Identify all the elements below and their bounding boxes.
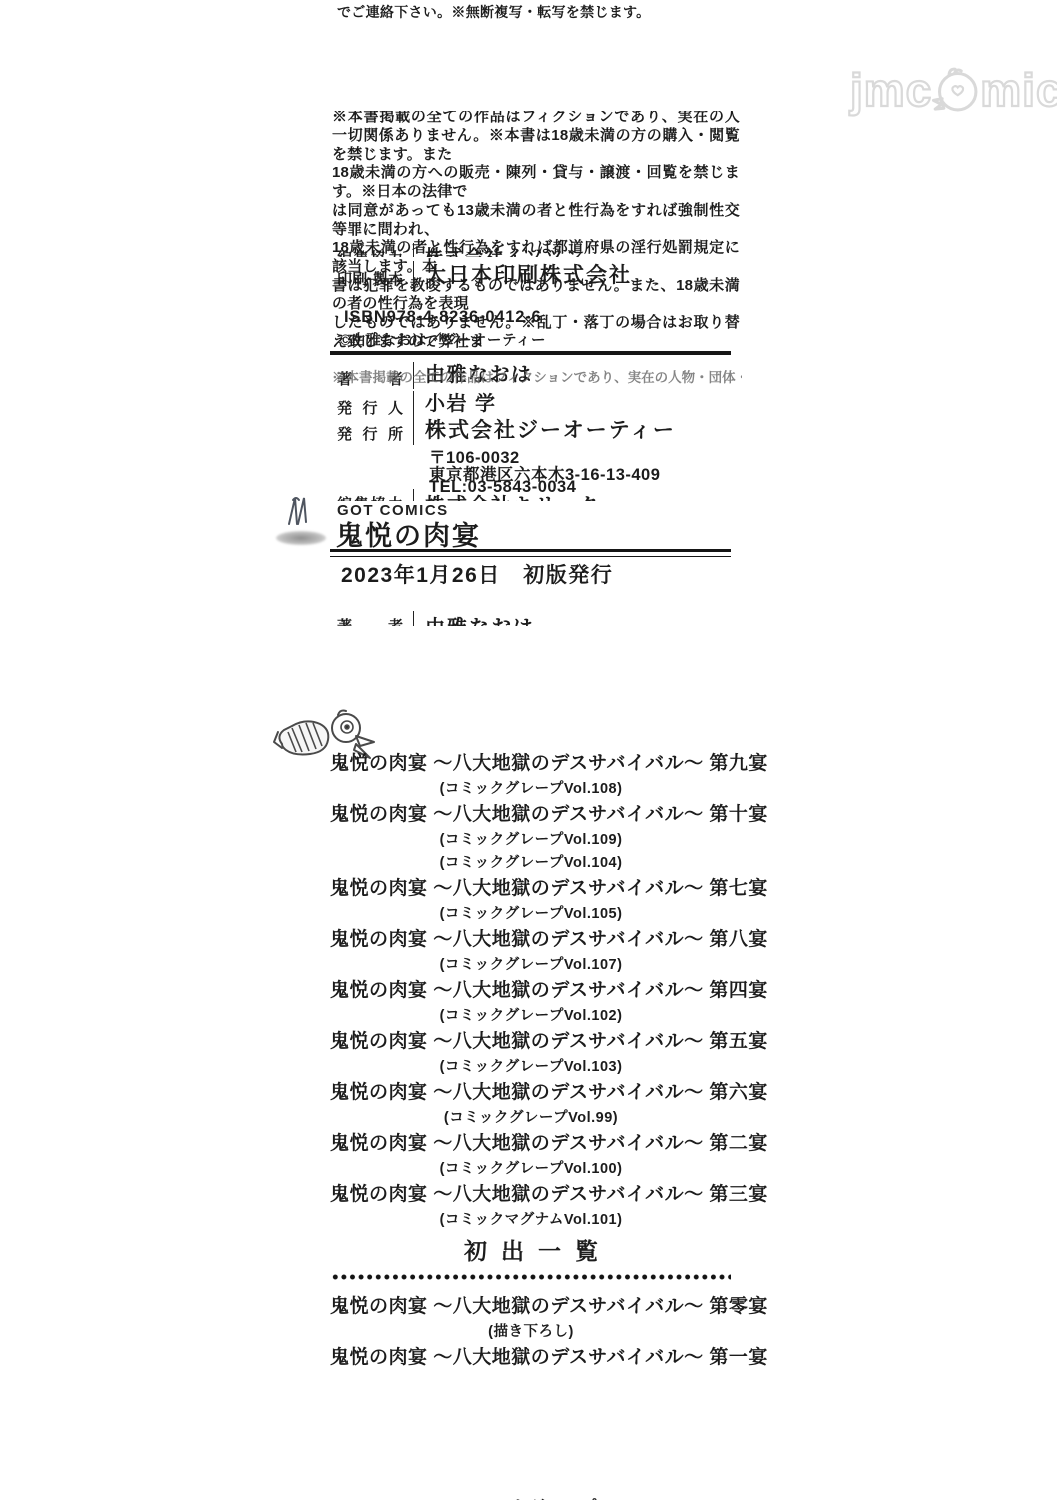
publication-entry-source: (コミックグレープVol.100)	[330, 1158, 732, 1181]
disclaimer-line: は同意があっても13歳未満の者と性行為をすれば強制性交等罪に問われ、	[332, 202, 740, 239]
publication-entry: 鬼悦の肉宴 ～八大地獄のデスサバイバル～ 第二宴 (コミックグレープVol.10…	[330, 1130, 732, 1181]
author-row-clipped: 著 者 由雅なおは	[337, 611, 535, 626]
publication-entry: 鬼悦の肉宴 ～八大地獄のデスサバイバル～ 第三宴 (コミックマグナムVol.10…	[330, 1181, 732, 1232]
edition-date: 2023年1月26日 初版発行	[341, 559, 613, 589]
publication-entry-title: 鬼悦の肉宴 ～八大地獄のデスサバイバル～ 第七宴	[330, 875, 732, 903]
credit-value: 小岩 学	[413, 391, 497, 418]
watermark-text-right: mic	[980, 64, 1057, 116]
printing-credit-row: 印刷·製本 大日本印刷株式会社	[337, 261, 632, 291]
publication-entry-title: 鬼悦の肉宴 ～八大地獄のデスサバイバル～ 第十宴	[330, 801, 732, 829]
scribble-doodle	[284, 494, 314, 528]
disclaimer-line: 18歳未満の方への販売・陳列・貸与・譲渡・回覧を禁じます。※日本の法律で	[332, 164, 740, 201]
credit-label: 印刷·製本	[337, 261, 403, 291]
dotted-divider	[331, 1273, 731, 1281]
publication-entry: 鬼悦の肉宴 ～八大地獄のデスサバイバル～ 第八宴 (コミックグレープVol.10…	[330, 926, 732, 977]
editing-credit-row-clipped: 編集協力 株式会社イソツン	[337, 243, 585, 257]
first-publication-heading: 初出一覧	[330, 1236, 732, 1266]
credit-label: 発 行 所	[337, 417, 403, 445]
publication-entry-source: (コミックグレープVol.105)	[330, 903, 732, 926]
book-title: 鬼悦の肉宴	[336, 514, 481, 553]
scan-ghost-text: ※本書掲載の全ての作品はフィクションであり、実在の人物・団体・事件などとは	[332, 366, 742, 386]
publication-entry-title: 鬼悦の肉宴 ～八大地獄のデスサバイバル～ 第九宴	[330, 750, 732, 778]
cut-off-text-fragment: (コミックグレープVol.	[452, 1493, 752, 1500]
publication-entry-source: (コミックグレープVol.103)	[330, 1056, 732, 1079]
credit-value: 株式会社キリック	[413, 489, 600, 501]
disclaimer-line: 一切関係ありません。※本書は18歳未満の方の購入・閲覧を禁じます。また	[332, 127, 740, 164]
publication-entry: (コミックグレープVol.104)	[330, 852, 732, 875]
credit-label: 編集協力	[337, 489, 403, 501]
isbn-number: ISBN978-4-8236-0412-6	[344, 308, 542, 327]
scanned-colophon-page: でご連絡下さい。※無断複写・転写を禁じます。 jmc mic ※本書掲載の全ての…	[0, 0, 1057, 1500]
publication-entry-title: 鬼悦の肉宴 ～八大地獄のデスサバイバル～ 第三宴	[330, 1181, 732, 1209]
publication-entry-title: 鬼悦の肉宴 ～八大地獄のデスサバイバル～ 第一宴	[330, 1344, 732, 1372]
publication-entry-title: 鬼悦の肉宴 ～八大地獄のデスサバイバル～ 第零宴	[330, 1293, 732, 1321]
credit-value: 株式会社イソツン	[413, 243, 585, 257]
publication-entry-title: 鬼悦の肉宴 ～八大地獄のデスサバイバル～ 第四宴	[330, 977, 732, 1005]
copyright-line: ©由雅なおは／ジーオーティー	[340, 329, 546, 350]
jmcomic-watermark: jmc mic	[850, 64, 1057, 116]
credit-label: 編集協力	[337, 243, 403, 257]
publication-entry: 鬼悦の肉宴 ～八大地獄のデスサバイバル～ 第七宴 (コミックグレープVol.10…	[330, 875, 732, 926]
publication-entry-title: 鬼悦の肉宴 ～八大地獄のデスサバイバル～ 第二宴	[330, 1130, 732, 1158]
publication-entry-source: (コミックマグナムVol.101)	[330, 1209, 732, 1232]
watermark-text-left: jmc	[850, 64, 932, 116]
first-publication-list: 鬼悦の肉宴 ～八大地獄のデスサバイバル～ 第九宴 (コミックグレープVol.10…	[330, 750, 732, 1372]
credit-label: 発 行 人	[337, 391, 403, 418]
credit-label: 著 者	[337, 611, 403, 626]
publication-entry-source: (コミックグレープVol.107)	[330, 954, 732, 977]
publication-entry: 鬼悦の肉宴 ～八大地獄のデスサバイバル～ 第九宴 (コミックグレープVol.10…	[330, 750, 732, 801]
publication-entry: 鬼悦の肉宴 ～八大地獄のデスサバイバル～ 第十宴 (コミックグレープVol.10…	[330, 801, 732, 852]
publication-entry: 鬼悦の肉宴 ～八大地獄のデスサバイバル～ 第四宴 (コミックグレープVol.10…	[330, 977, 732, 1028]
editing-credit-row-clipped-2: 編集協力 株式会社キリック	[337, 489, 600, 501]
publisher-row: 発 行 所 株式会社ジーオーティー	[337, 417, 676, 445]
disclaimer-line-clipped: ※本書掲載の全ての作品はフィクションであり、実在の人物・団体・事件などとは	[332, 111, 740, 127]
publication-entry: 鬼悦の肉宴 ～八大地獄のデスサバイバル～ 第一宴	[330, 1344, 732, 1372]
gray-smudge	[276, 531, 326, 545]
credit-value: 由雅なおは	[413, 611, 535, 626]
publication-entry: 鬼悦の肉宴 ～八大地獄のデスサバイバル～ 第五宴 (コミックグレープVol.10…	[330, 1028, 732, 1079]
publication-entry-source: (描き下ろし)	[330, 1321, 732, 1344]
publication-entry-source: (コミックグレープVol.109)	[330, 829, 732, 852]
disclaimer-line: ※本書掲載の全ての作品はフィクションであり、実在の人物・団体・事件などとは	[332, 111, 740, 127]
publication-entry: 鬼悦の肉宴 ～八大地獄のデスサバイバル～ 第六宴 (コミックグレープVol.99…	[330, 1079, 732, 1130]
publication-entry: 鬼悦の肉宴 ～八大地獄のデスサバイバル～ 第零宴 (描き下ろし)	[330, 1293, 732, 1344]
title-double-rule	[330, 549, 731, 557]
publication-entry-source: (コミックグレープVol.108)	[330, 778, 732, 801]
horizontal-rule	[330, 351, 731, 355]
publication-entry-title: 鬼悦の肉宴 ～八大地獄のデスサバイバル～ 第八宴	[330, 926, 732, 954]
credit-value: 大日本印刷株式会社	[413, 261, 632, 291]
top-contact-note: でご連絡下さい。※無断複写・転写を禁じます。	[337, 2, 650, 22]
publication-entry-source: (コミックグレープVol.99)	[330, 1107, 732, 1130]
chick-mascot-icon	[930, 64, 982, 116]
publication-entry-title: 鬼悦の肉宴 ～八大地獄のデスサバイバル～ 第五宴	[330, 1028, 732, 1056]
credit-value: 株式会社ジーオーティー	[413, 417, 676, 445]
publication-entry-title: 鬼悦の肉宴 ～八大地獄のデスサバイバル～ 第六宴	[330, 1079, 732, 1107]
publication-entry-source: (コミックグレープVol.104)	[330, 852, 732, 875]
publication-entry-source: (コミックグレープVol.102)	[330, 1005, 732, 1028]
publisher-person-row: 発 行 人 小岩 学	[337, 391, 497, 418]
